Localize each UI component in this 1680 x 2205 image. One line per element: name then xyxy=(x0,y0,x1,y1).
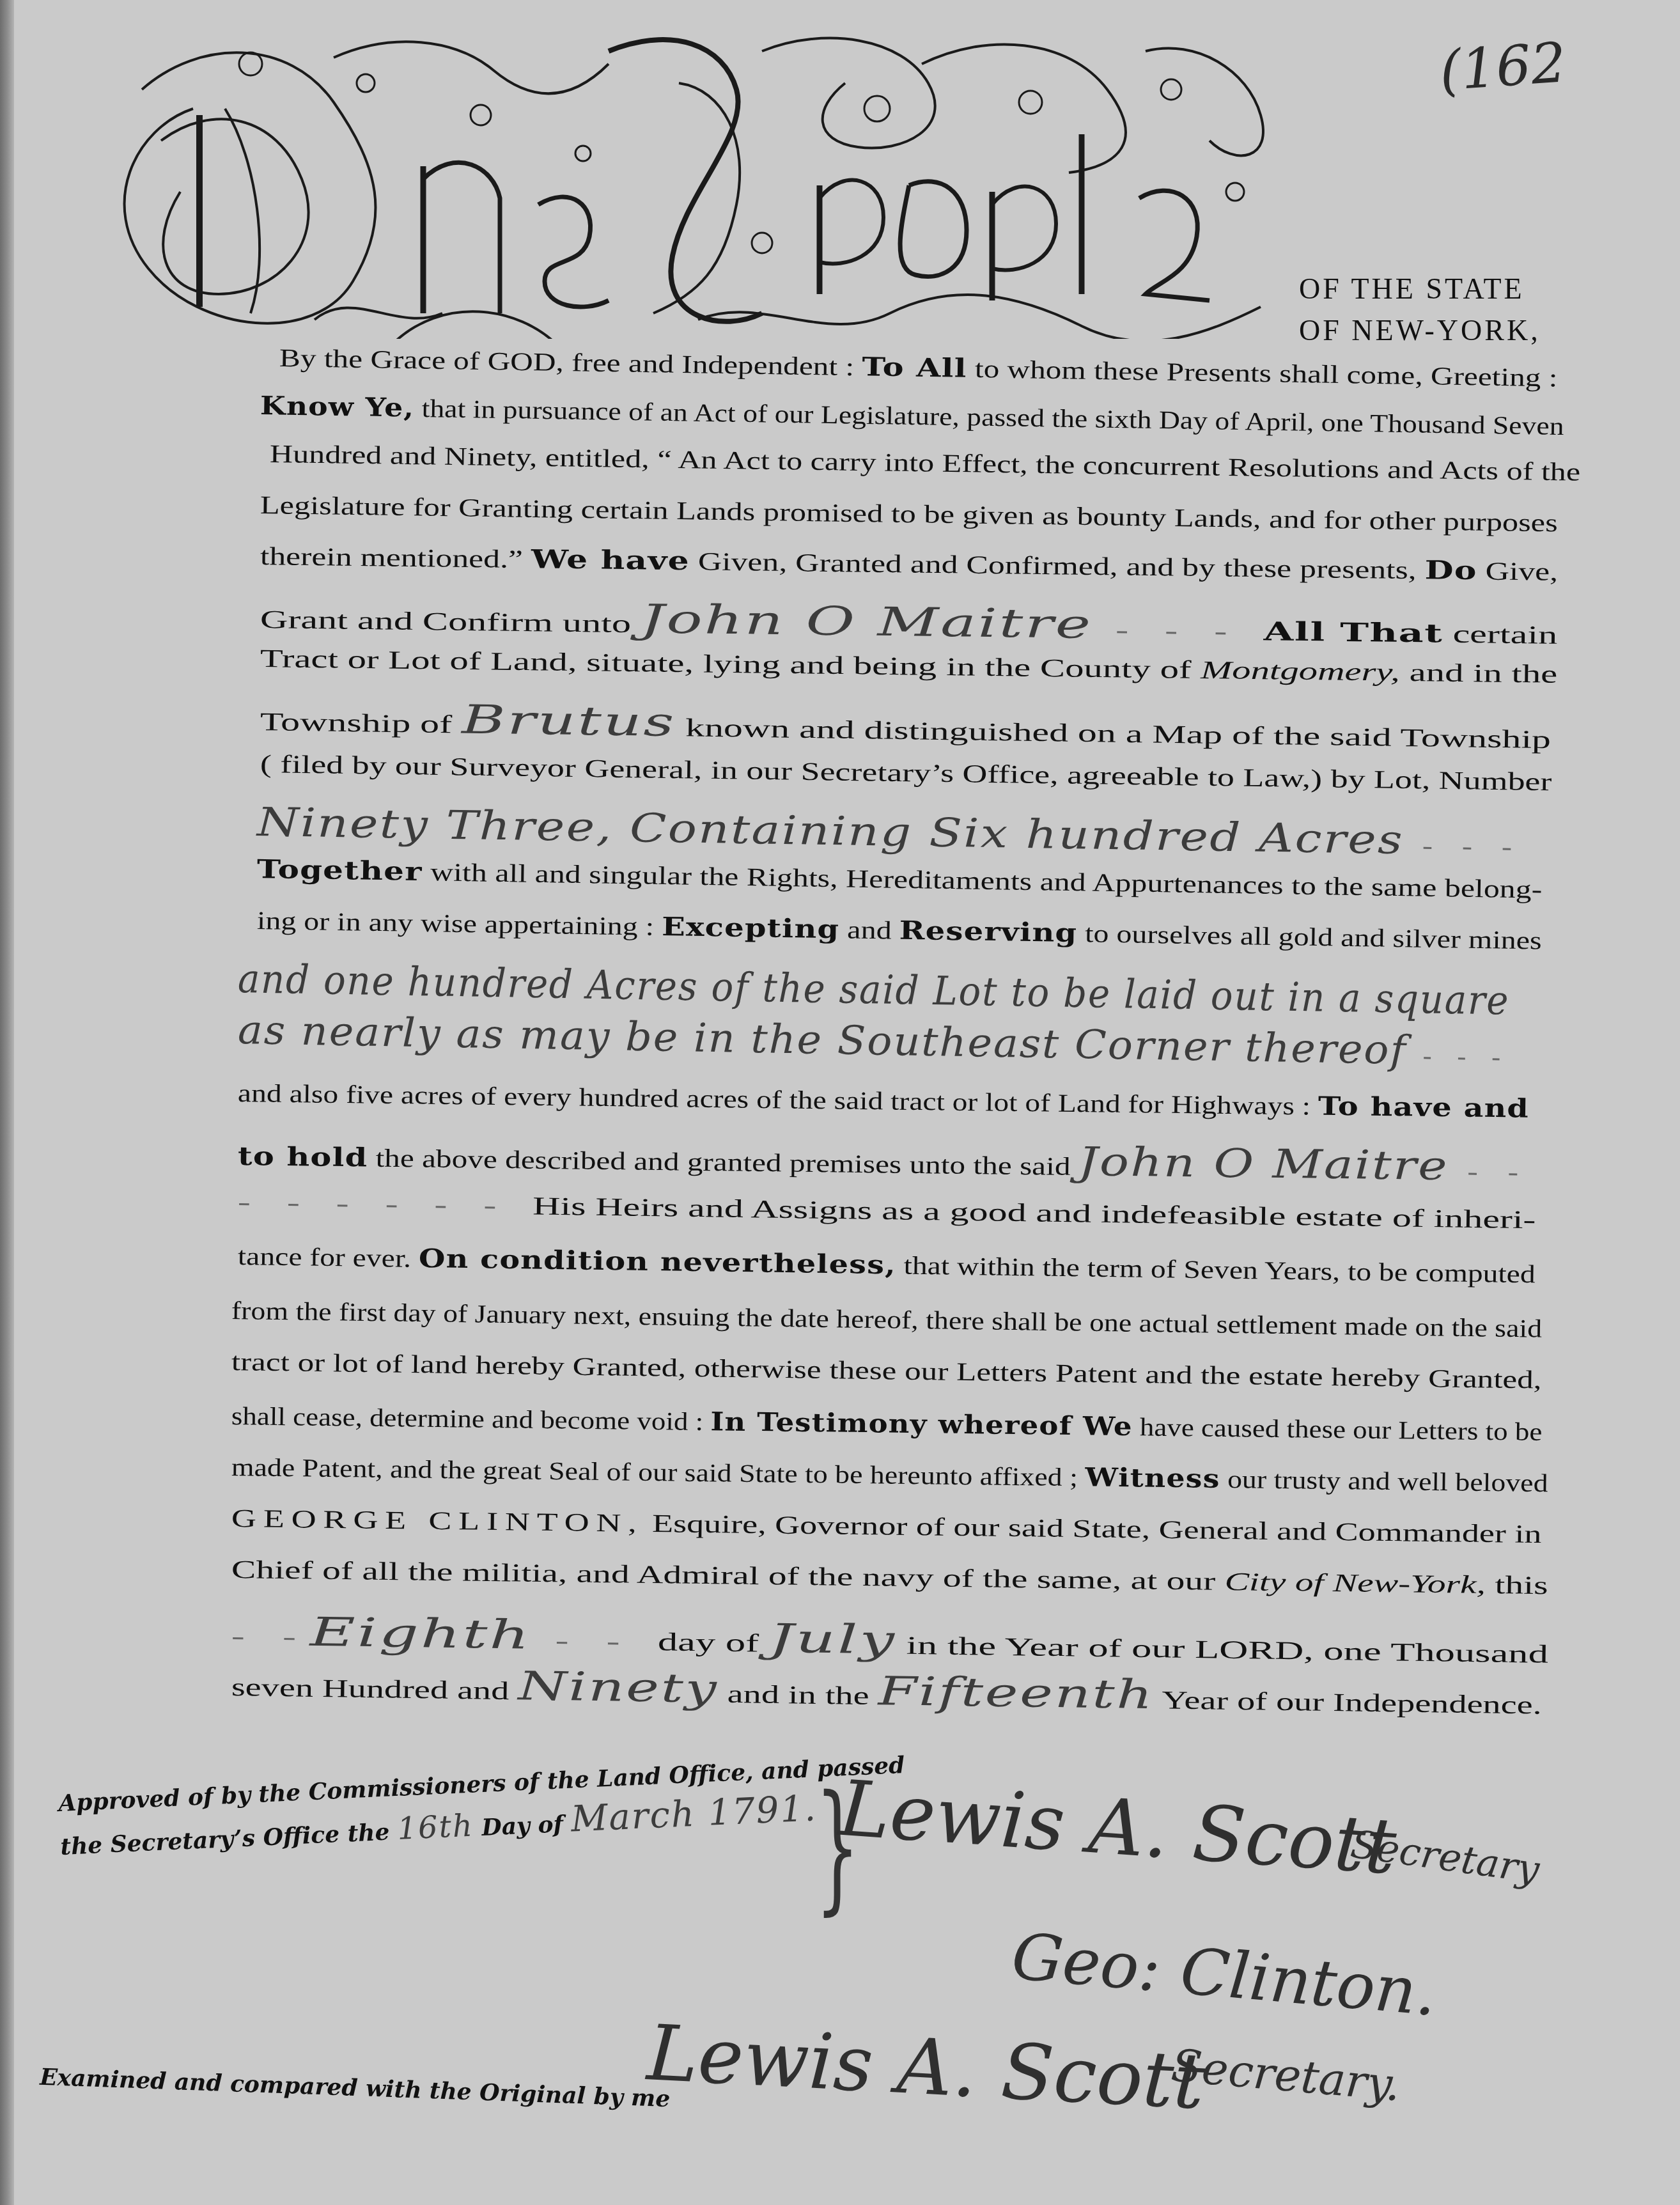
blackletter-phrase: Together xyxy=(257,854,423,887)
blackletter-phrase: We have xyxy=(531,544,690,576)
body-line: from the first day of January next, ensu… xyxy=(231,1298,1543,1342)
blackletter-phrase: On condition nevertheless, xyxy=(419,1243,897,1280)
printed-text: Esquire, Governor of our said State, Gen… xyxy=(643,1509,1541,1548)
filler-dashes: - - xyxy=(231,1621,311,1651)
blackletter-phrase: Excepting xyxy=(662,912,840,944)
body-line: Ninety Three, Containing Six hundred Acr… xyxy=(257,802,1523,862)
blackletter-phrase: In Testimony whereof We xyxy=(710,1406,1133,1442)
body-line: Tract or Lot of Land, situate, lying and… xyxy=(260,646,1558,687)
body-line: Together with all and singular the Right… xyxy=(257,857,1543,903)
printed-text: and in the xyxy=(1400,658,1558,689)
body-line: to hold the above described and granted … xyxy=(238,1132,1530,1187)
printed-text: to ourselves all gold and silver mines xyxy=(1077,919,1542,954)
printed-text: Montgomery, xyxy=(1201,655,1400,687)
printed-text: His Heirs and Assigns as a good and inde… xyxy=(533,1191,1536,1234)
approval-day: 16th xyxy=(396,1808,474,1847)
printed-text: from the first day of January next, ensu… xyxy=(231,1296,1543,1343)
body-line: GEORGE CLINTON, Esquire, Governor of our… xyxy=(231,1506,1542,1547)
printed-text: Tract or Lot of Land, situate, lying and… xyxy=(260,644,1201,684)
body-line: By the Grace of GOD, free and Independen… xyxy=(279,345,1558,391)
blackletter-phrase: Do xyxy=(1424,555,1477,586)
handwritten-entry: Ninety Three, Containing Six hundred Acr… xyxy=(256,799,1404,863)
body-line: seven Hundred and Ninety and in the Fift… xyxy=(231,1662,1543,1720)
body-line: tract or lot of land hereby Granted, oth… xyxy=(231,1349,1542,1393)
body-line: - - - - - - His Heirs and Assigns as a g… xyxy=(238,1189,1536,1233)
handwritten-entry: Ninety xyxy=(518,1662,719,1711)
printed-text: Give, xyxy=(1477,556,1558,586)
printed-text: to whom these Presents shall come, Greet… xyxy=(967,354,1558,393)
blackletter-phrase: To have and xyxy=(1318,1091,1530,1124)
body-line: Chief of all the militia, and Admiral of… xyxy=(231,1557,1548,1598)
blackletter-phrase: Reserving xyxy=(899,916,1077,948)
body-line: made Patent, and the great Seal of our s… xyxy=(231,1454,1548,1496)
land-patent-document: (162 OF THE STATE OF NEW-YORK, By the Gr… xyxy=(14,0,1680,2205)
printed-text: certain xyxy=(1443,619,1557,650)
filler-dashes: - - - xyxy=(1406,1041,1510,1071)
printed-text: that within the term of Seven Years, to … xyxy=(896,1251,1536,1288)
printed-text: shall cease, determine and become void : xyxy=(231,1401,711,1436)
body-line: ing or in any wise appertaining : Except… xyxy=(257,908,1542,954)
blackletter-phrase: To All xyxy=(862,352,967,384)
body-line: and also five acres of every hundred acr… xyxy=(238,1080,1529,1122)
handwritten-entry: Brutus xyxy=(462,696,676,745)
page-binding-edge xyxy=(0,0,14,2205)
printed-text: seven Hundred and xyxy=(231,1672,518,1705)
printed-text: that in pursuance of an Act of our Legis… xyxy=(414,394,1564,440)
printed-text: therein mentioned.” xyxy=(260,542,531,573)
body-line: Know Ye, that in pursuance of an Act of … xyxy=(260,393,1564,439)
printed-text: tract or lot of land hereby Granted, oth… xyxy=(231,1347,1542,1394)
printed-text: our trusty and well beloved xyxy=(1220,1465,1548,1497)
handwritten-entry: Eighth xyxy=(309,1609,531,1658)
printed-text: made Patent, and the great Seal of our s… xyxy=(231,1453,1085,1492)
body-line: Grant and Confirm unto John O Maitre - -… xyxy=(260,595,1558,650)
printed-text: Year of our Independence. xyxy=(1154,1685,1542,1719)
filler-dashes: - - - xyxy=(1404,830,1523,861)
printed-text: Legislature for Granting certain Lands p… xyxy=(260,490,1558,537)
filler-dashes: - - - xyxy=(1093,615,1264,646)
blackletter-phrase: Witness xyxy=(1085,1462,1220,1494)
body-line: therein mentioned.” We have Given, Grant… xyxy=(260,543,1559,585)
handwritten-entry: Fifteenth xyxy=(878,1667,1155,1718)
printed-text: Grant and Confirm unto xyxy=(260,605,641,638)
printed-text: Given, Granted and Confirmed, and by the… xyxy=(690,547,1425,584)
printed-text: GEORGE CLINTON, xyxy=(231,1504,644,1538)
printed-text: with all and singular the Rights, Heredi… xyxy=(422,857,1542,904)
printed-text: this xyxy=(1486,1570,1548,1600)
body-line: ( filed by our Surveyor General, in our … xyxy=(260,751,1552,795)
filler-dashes: - - - - - - xyxy=(238,1187,533,1220)
printed-text: Hundred and Ninety, entitled, “ An Act t… xyxy=(270,439,1581,487)
printed-text: day of xyxy=(658,1627,769,1657)
printed-text: and xyxy=(839,915,899,944)
printed-text: and also five acres of every hundred acr… xyxy=(238,1079,1318,1121)
printed-text: tance for ever. xyxy=(238,1242,419,1273)
printed-text: By the Grace of GOD, free and Independen… xyxy=(279,343,862,381)
body-line: Legislature for Granting certain Lands p… xyxy=(260,492,1558,536)
blackletter-phrase: Know Ye, xyxy=(260,391,415,423)
printed-text: ing or in any wise appertaining : xyxy=(257,906,662,941)
filler-dashes: - - xyxy=(531,1626,658,1656)
body-line: - -Eighth - - day of July in the Year of… xyxy=(231,1611,1549,1669)
body-line: Hundred and Ninety, entitled, “ An Act t… xyxy=(270,441,1581,485)
printed-text: ( filed by our Surveyor General, in our … xyxy=(260,749,1552,796)
body-line: tance for ever. On condition nevertheles… xyxy=(238,1243,1536,1287)
printed-text: in the Year of our LORD, one Thousand xyxy=(896,1631,1548,1669)
filler-dashes: - - xyxy=(1448,1157,1529,1187)
handwritten-entry: John O Maitre xyxy=(1078,1138,1449,1189)
printed-text: Chief of all the militia, and Admiral of… xyxy=(231,1555,1225,1596)
printed-text: known and distinguished on a Map of the … xyxy=(676,713,1551,754)
body-line: Township of Brutus known and distinguish… xyxy=(260,697,1552,754)
blackletter-phrase: to hold xyxy=(238,1141,368,1173)
handwritten-entry: John O Maitre xyxy=(641,595,1093,648)
blackletter-phrase: All That xyxy=(1263,616,1443,648)
printed-text: Township of xyxy=(260,707,462,738)
printed-text: City of New-York, xyxy=(1224,1567,1486,1599)
printed-text: and in the xyxy=(718,1679,878,1710)
handwritten-entry: July xyxy=(768,1615,896,1663)
body-line: shall cease, determine and become void :… xyxy=(231,1403,1543,1445)
printed-text: have caused these our Letters to be xyxy=(1132,1412,1542,1446)
printed-text: the above described and granted premises… xyxy=(368,1143,1078,1181)
